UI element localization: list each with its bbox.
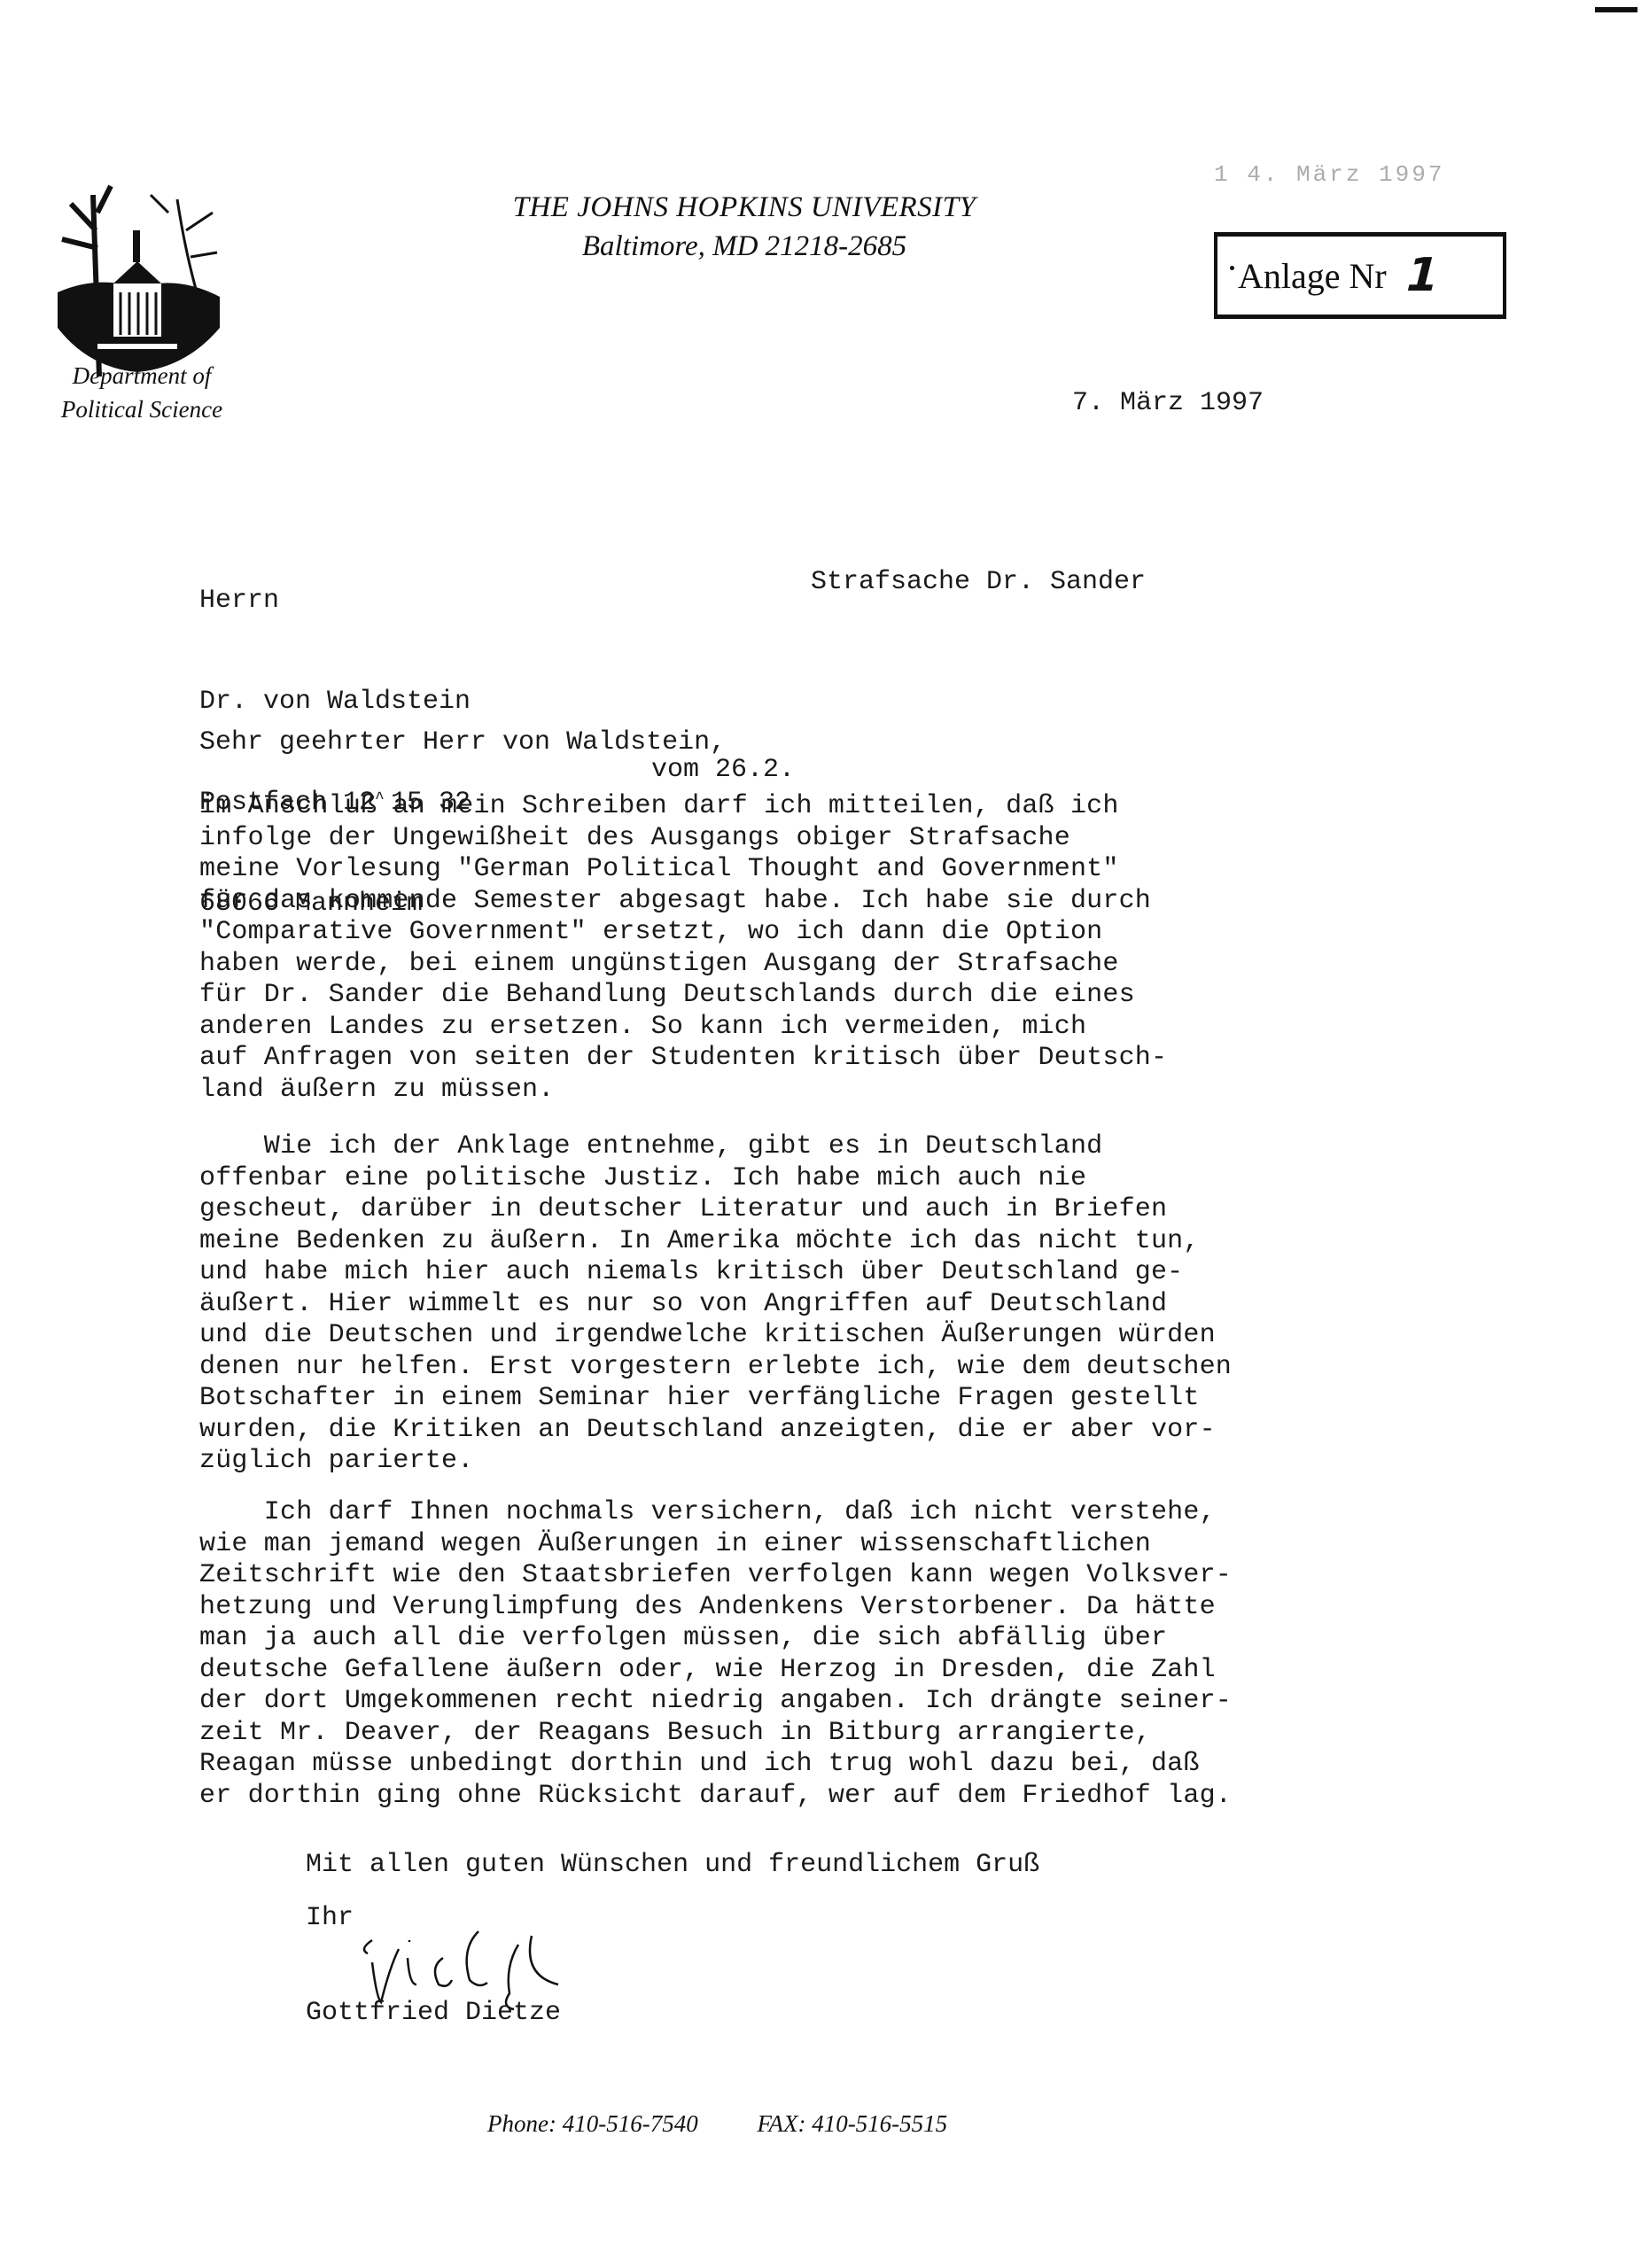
- body-line: und habe mich hier auch niemals kritisch…: [199, 1257, 1232, 1289]
- department-name: Department of Political Science: [35, 359, 248, 426]
- anlage-stamp: Anlage Nr 1: [1214, 232, 1506, 319]
- signer-name: Gottfried Dietze: [306, 1998, 561, 2028]
- body-line: für das kommende Semester abgesagt habe.…: [199, 886, 1167, 918]
- handwritten-signature-icon: [354, 1914, 620, 2011]
- recipient-line: Dr. von Waldstein: [199, 685, 471, 718]
- body-line: meine Vorlesung "German Political Though…: [199, 854, 1167, 886]
- salutation: Sehr geehrter Herr von Waldstein,: [199, 726, 726, 758]
- body-line: man ja auch all die verfolgen müssen, di…: [199, 1623, 1232, 1655]
- anlage-number: 1: [1399, 249, 1444, 302]
- recipient-line: Herrn: [199, 584, 471, 617]
- body-line: und die Deutschen und irgendwelche kriti…: [199, 1320, 1232, 1352]
- body-line: haben werde, bei einem ungünstigen Ausga…: [199, 949, 1167, 981]
- contact-footer: Phone: 410-516-7540 FAX: 410-516-5515: [487, 2110, 1000, 2138]
- fax-number: FAX: 410-516-5515: [757, 2110, 947, 2137]
- body-line: wie man jemand wegen Äußerungen in einer…: [199, 1529, 1232, 1561]
- body-line: deutsche Gefallene äußern oder, wie Herz…: [199, 1655, 1232, 1687]
- department-line-2: Political Science: [35, 392, 248, 426]
- body-line: Botschafter in einem Seminar hier verfän…: [199, 1383, 1232, 1415]
- body-paragraph: im Anschluß an mein Schreiben darf ich m…: [199, 791, 1167, 1106]
- body-line: Wie ich der Anklage entnehme, gibt es in…: [199, 1131, 1232, 1163]
- body-line: gescheut, darüber in deutscher Literatur…: [199, 1194, 1232, 1226]
- body-line: zeit Mr. Deaver, der Reagans Besuch in B…: [199, 1718, 1232, 1750]
- body-line: land äußern zu müssen.: [199, 1075, 1167, 1107]
- university-name: THE JOHNS HOPKINS UNIVERSITY: [461, 188, 1028, 227]
- body-line: meine Bedenken zu äußern. In Amerika möc…: [199, 1226, 1232, 1258]
- body-line: züglich parierte.: [199, 1446, 1232, 1478]
- body-line: denen nur helfen. Erst vorgestern erlebt…: [199, 1352, 1232, 1384]
- subject-line: Strafsache Dr. Sander: [811, 567, 1146, 597]
- body-line: Reagan müsse unbedingt dorthin und ich t…: [199, 1749, 1232, 1781]
- body-line: Zeitschrift wie den Staatsbriefen verfol…: [199, 1560, 1232, 1592]
- sign-off: Ihr: [306, 1903, 354, 1933]
- closing-line: Mit allen guten Wünschen und freundliche…: [306, 1850, 1039, 1880]
- body-paragraph: Wie ich der Anklage entnehme, gibt es in…: [199, 1131, 1232, 1478]
- body-line: anderen Landes zu ersetzen. So kann ich …: [199, 1012, 1167, 1044]
- body-line: Ich darf Ihnen nochmals versichern, daß …: [199, 1497, 1232, 1529]
- body-line: hetzung und Verunglimpfung des Andenkens…: [199, 1592, 1232, 1624]
- letter-date: 7. März 1997: [1072, 388, 1264, 418]
- body-line: infolge der Ungewißheit des Ausgangs obi…: [199, 823, 1167, 855]
- university-address: Baltimore, MD 21218-2685: [461, 227, 1028, 266]
- scan-corner-mark: [1595, 7, 1637, 12]
- body-line: äußert. Hier wimmelt es nur so von Angri…: [199, 1289, 1232, 1321]
- body-line: "Comparative Government" ersetzt, wo ich…: [199, 917, 1167, 949]
- body-line: wurden, die Kritiken an Deutschland anze…: [199, 1415, 1232, 1447]
- body-line: offenbar eine politische Justiz. Ich hab…: [199, 1163, 1232, 1195]
- body-line: er dorthin ging ohne Rücksicht darauf, w…: [199, 1781, 1232, 1813]
- anlage-label: Anlage Nr: [1238, 255, 1387, 297]
- body-line: im Anschluß an mein Schreiben darf ich m…: [199, 791, 1167, 823]
- campus-building-seal-icon: [44, 177, 230, 381]
- stamp-dot: [1230, 266, 1234, 270]
- body-line: auf Anfragen von seiten der Studenten kr…: [199, 1043, 1167, 1075]
- insertion-note: vom 26.2.: [651, 755, 795, 785]
- body-line: für Dr. Sander die Behandlung Deutschlan…: [199, 980, 1167, 1012]
- department-line-1: Department of: [35, 359, 248, 392]
- letter-page: THE JOHNS HOPKINS UNIVERSITY Baltimore, …: [0, 0, 1649, 2268]
- received-date-stamp: 1 4. März 1997: [1214, 161, 1444, 188]
- letterhead: THE JOHNS HOPKINS UNIVERSITY Baltimore, …: [461, 188, 1028, 266]
- body-line: der dort Umgekommenen recht niedrig anga…: [199, 1686, 1232, 1718]
- body-paragraph: Ich darf Ihnen nochmals versichern, daß …: [199, 1497, 1232, 1812]
- phone-number: Phone: 410-516-7540: [487, 2110, 698, 2137]
